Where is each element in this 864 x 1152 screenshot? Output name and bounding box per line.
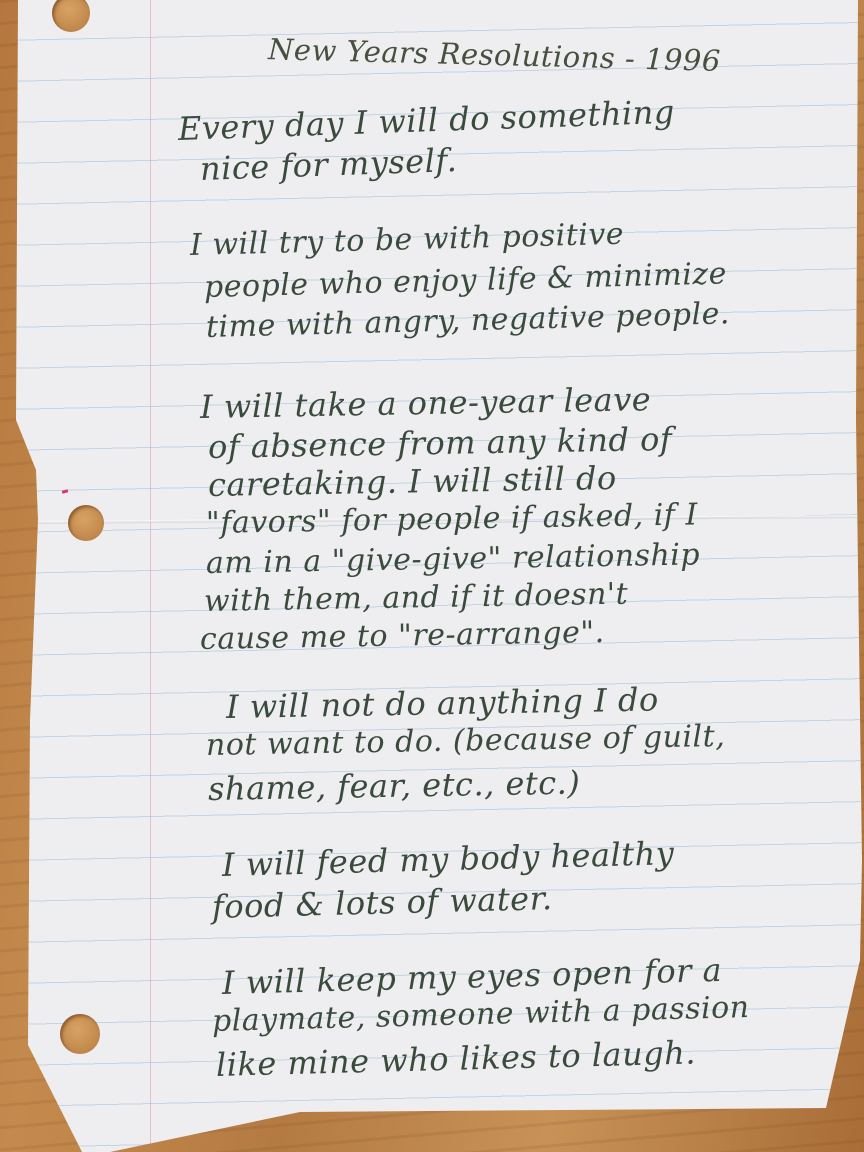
resolution-4-line-3: shame, fear, etc., etc.) (208, 764, 581, 808)
resolution-4-line-1: I will not do anything I do (226, 680, 659, 726)
binder-hole-middle (68, 505, 104, 541)
resolution-3-line-3: caretaking. I will still do (208, 459, 617, 504)
resolution-3-line-1: I will take a one-year leave (200, 380, 652, 426)
resolution-3-line-6: with them, and if it doesn't (204, 577, 629, 619)
resolution-3-line-7: cause me to "re-arrange". (200, 615, 605, 657)
binder-hole-bottom (60, 1014, 100, 1054)
